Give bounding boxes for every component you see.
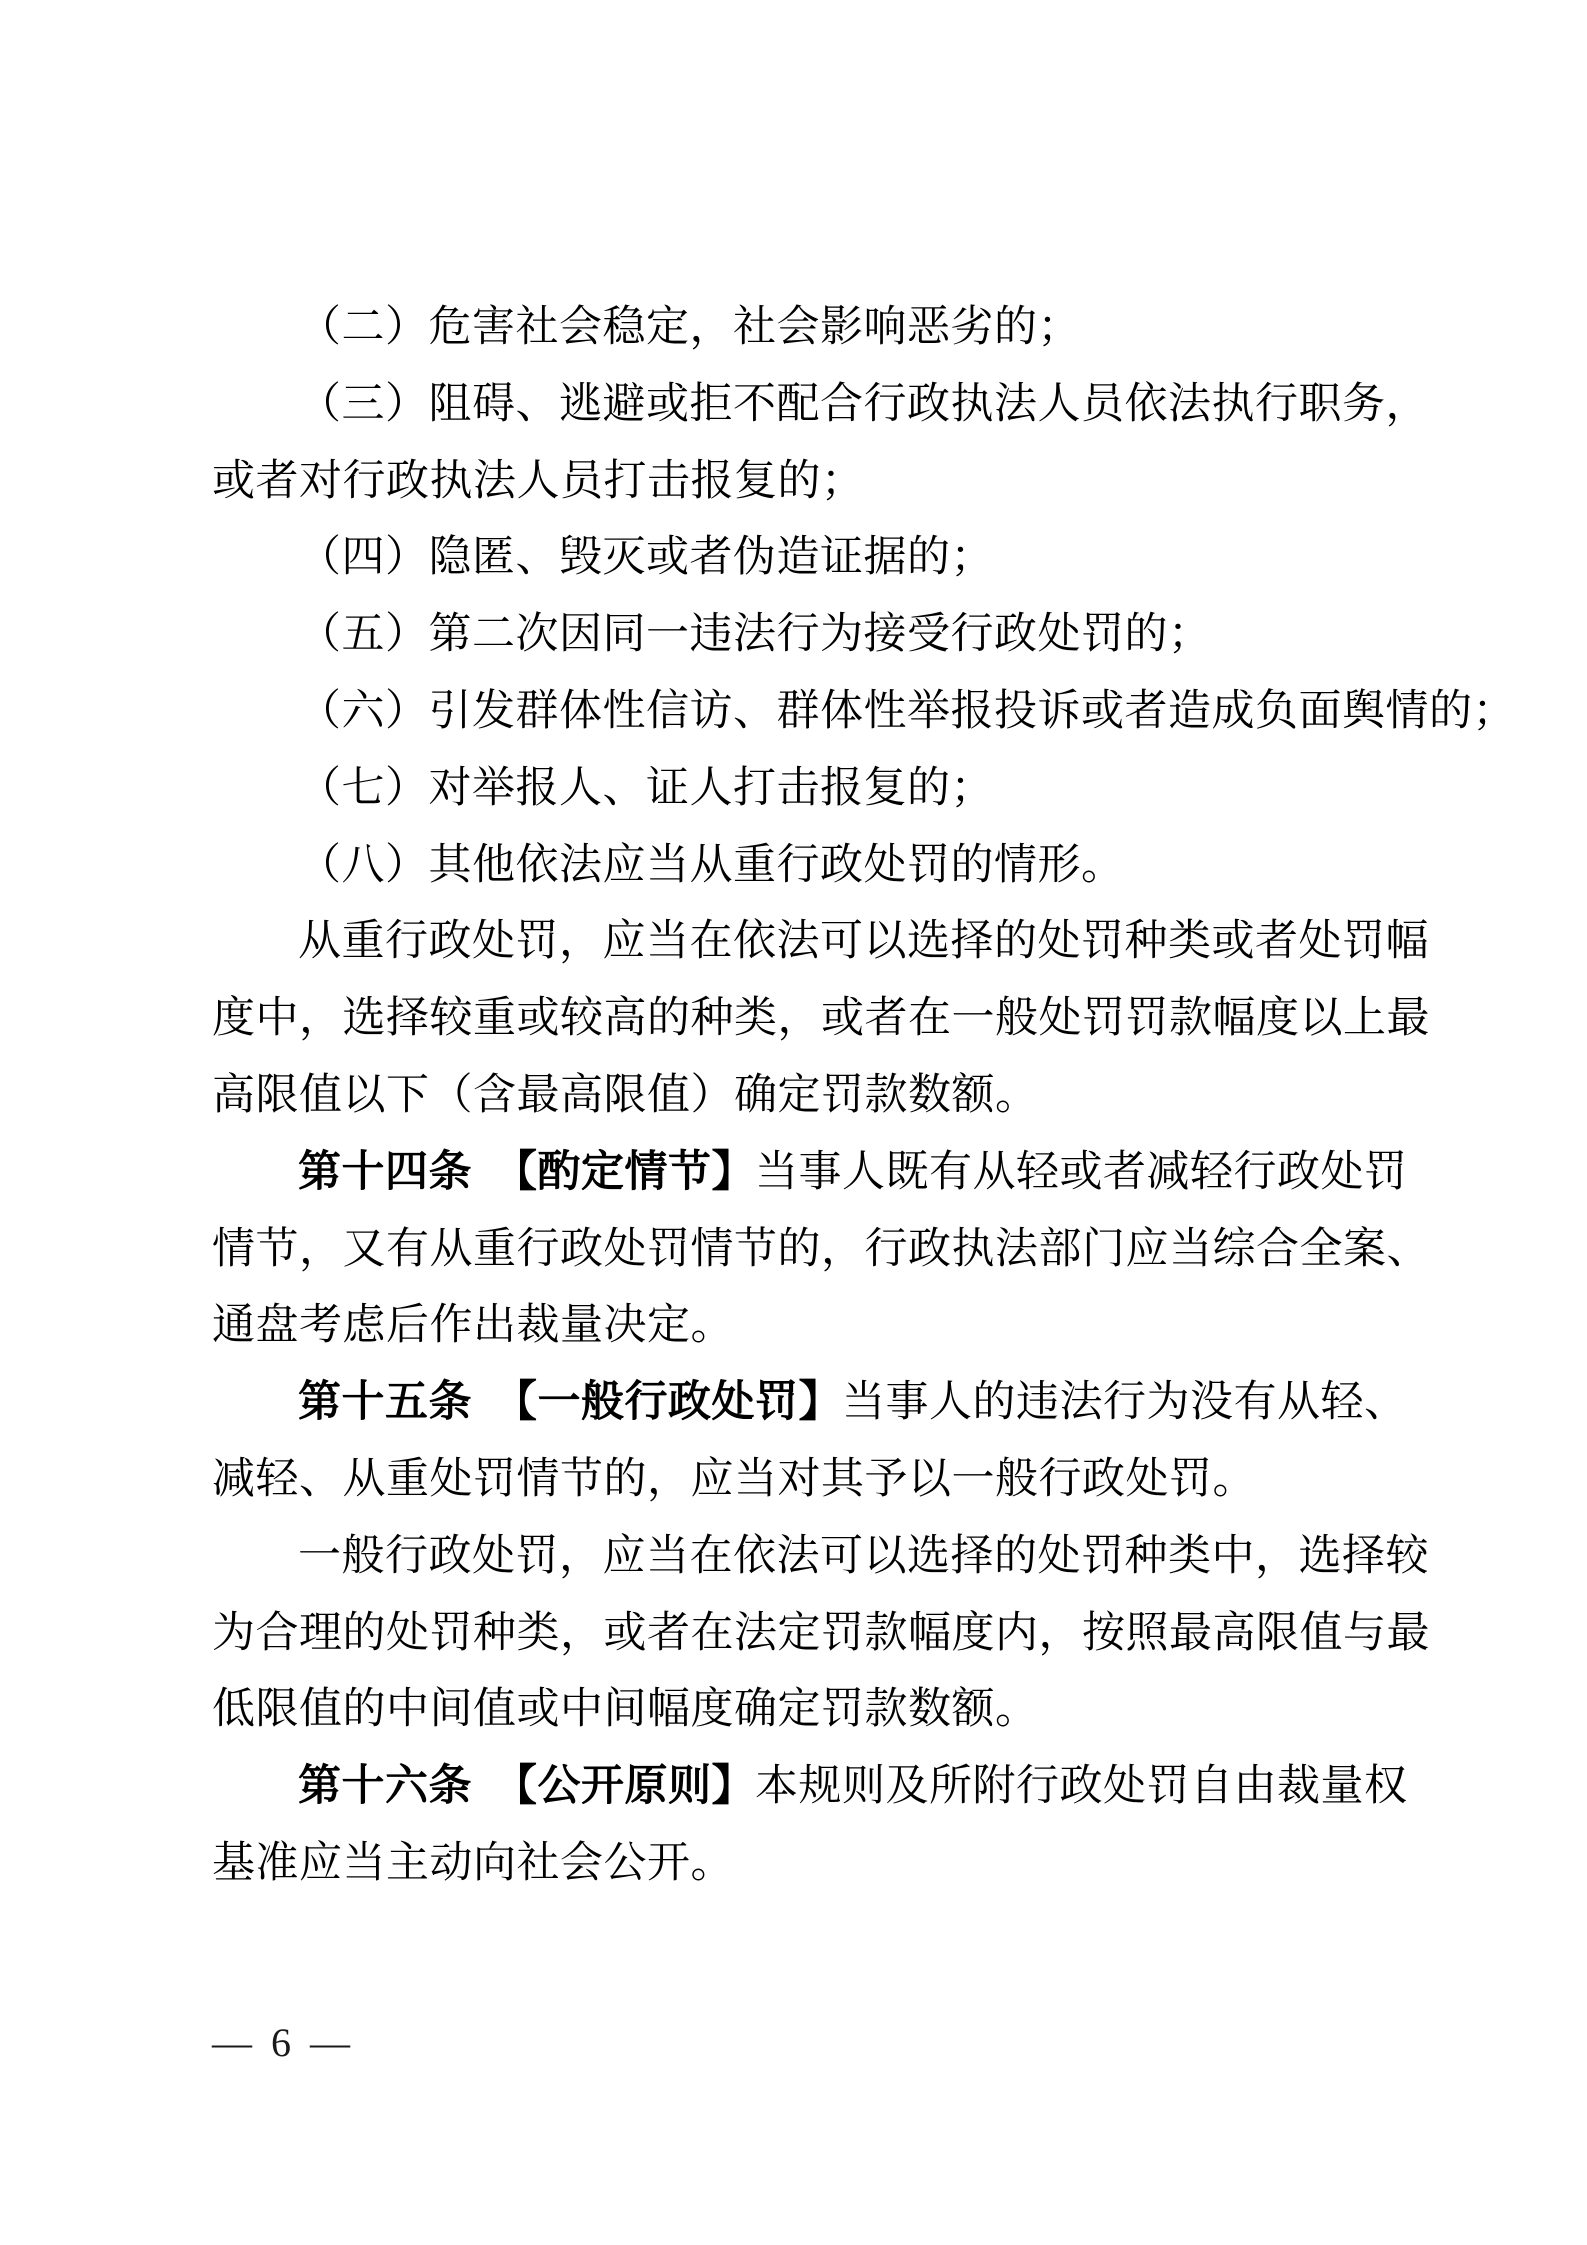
body-text-segment: 高限值以下（含最高限值）确定罚款数额。 [212,1072,1039,1119]
text-line: 基准应当主动向社会公开。 [212,1826,1552,1903]
text-line: 从重行政处罚，应当在依法可以选择的处罚种类或者处罚幅 [212,904,1552,981]
body-text-segment: （六）引发群体性信访、群体性举报投诉或者造成负面舆情的； [298,688,1516,735]
body-text-segment: 当事人的违法行为没有从轻、 [842,1379,1408,1426]
paragraph: 一般行政处罚，应当在依法可以选择的处罚种类中，选择较为合理的处罚种类，或者在法定… [212,1519,1552,1749]
text-line: 第十四条 【酌定情节】当事人既有从轻或者减轻行政处罚 [212,1135,1552,1212]
text-line: （二）危害社会稳定，社会影响恶劣的； [212,290,1552,367]
document-body: （二）危害社会稳定，社会影响恶劣的；（三）阻碍、逃避或拒不配合行政执法人员依法执… [212,290,1552,1903]
text-line: 情节，又有从重行政处罚情节的，行政执法部门应当综合全案、 [212,1212,1552,1289]
text-line: （七）对举报人、证人打击报复的； [212,751,1552,828]
text-line: 或者对行政执法人员打击报复的； [212,444,1552,521]
body-text-segment: 当事人既有从轻或者减轻行政处罚 [755,1149,1408,1196]
article-heading-text: 第十五条 【一般行政处罚】 [298,1379,842,1426]
paragraph: （五）第二次因同一违法行为接受行政处罚的； [212,597,1552,674]
article-heading-text: 第十六条 【公开原则】 [298,1763,755,1810]
paragraph: 第十五条 【一般行政处罚】当事人的违法行为没有从轻、减轻、从重处罚情节的，应当对… [212,1365,1552,1519]
body-text-segment: 度中，选择较重或较高的种类，或者在一般处罚罚款幅度以上最 [212,995,1430,1042]
paragraph: 第十六条 【公开原则】本规则及所附行政处罚自由裁量权基准应当主动向社会公开。 [212,1749,1552,1903]
text-line: 第十六条 【公开原则】本规则及所附行政处罚自由裁量权 [212,1749,1552,1826]
page-number-footer: — 6 — [212,2020,350,2066]
paragraph: （四）隐匿、毁灭或者伪造证据的； [212,520,1552,597]
body-text-segment: 为合理的处罚种类，或者在法定罚款幅度内，按照最高限值与最 [212,1610,1430,1657]
body-text-segment: 一般行政处罚，应当在依法可以选择的处罚种类中，选择较 [298,1533,1429,1580]
text-line: （三）阻碍、逃避或拒不配合行政执法人员依法执行职务， [212,367,1552,444]
body-text-segment: 通盘考虑后作出裁量决定。 [212,1302,734,1349]
body-text-segment: 基准应当主动向社会公开。 [212,1840,734,1887]
paragraph: （八）其他依法应当从重行政处罚的情形。 [212,828,1552,905]
text-line: 第十五条 【一般行政处罚】当事人的违法行为没有从轻、 [212,1365,1552,1442]
body-text-segment: 情节，又有从重行政处罚情节的，行政执法部门应当综合全案、 [212,1226,1430,1273]
body-text-segment: 或者对行政执法人员打击报复的； [212,458,865,505]
text-line: 为合理的处罚种类，或者在法定罚款幅度内，按照最高限值与最 [212,1596,1552,1673]
paragraph: （七）对举报人、证人打击报复的； [212,751,1552,828]
body-text-segment: （五）第二次因同一违法行为接受行政处罚的； [298,611,1212,658]
text-line: （五）第二次因同一违法行为接受行政处罚的； [212,597,1552,674]
text-line: 一般行政处罚，应当在依法可以选择的处罚种类中，选择较 [212,1519,1552,1596]
text-line: （六）引发群体性信访、群体性举报投诉或者造成负面舆情的； [212,674,1552,751]
body-text-segment: 低限值的中间值或中间幅度确定罚款数额。 [212,1686,1039,1733]
text-line: 通盘考虑后作出裁量决定。 [212,1288,1552,1365]
paragraph: （三）阻碍、逃避或拒不配合行政执法人员依法执行职务，或者对行政执法人员打击报复的… [212,367,1552,521]
body-text-segment: 本规则及所附行政处罚自由裁量权 [755,1763,1408,1810]
paragraph: （二）危害社会稳定，社会影响恶劣的； [212,290,1552,367]
paragraph: 第十四条 【酌定情节】当事人既有从轻或者减轻行政处罚情节，又有从重行政处罚情节的… [212,1135,1552,1365]
text-line: 减轻、从重处罚情节的，应当对其予以一般行政处罚。 [212,1442,1552,1519]
body-text-segment: （三）阻碍、逃避或拒不配合行政执法人员依法执行职务， [298,381,1429,428]
paragraph: （六）引发群体性信访、群体性举报投诉或者造成负面舆情的； [212,674,1552,751]
body-text-segment: 从重行政处罚，应当在依法可以选择的处罚种类或者处罚幅 [298,918,1429,965]
paragraph: 从重行政处罚，应当在依法可以选择的处罚种类或者处罚幅度中，选择较重或较高的种类，… [212,904,1552,1134]
document-page: （二）危害社会稳定，社会影响恶劣的；（三）阻碍、逃避或拒不配合行政执法人员依法执… [0,0,1587,2245]
body-text-segment: （四）隐匿、毁灭或者伪造证据的； [298,534,994,581]
body-text-segment: （七）对举报人、证人打击报复的； [298,765,994,812]
body-text-segment: 减轻、从重处罚情节的，应当对其予以一般行政处罚。 [212,1456,1256,1503]
text-line: 度中，选择较重或较高的种类，或者在一般处罚罚款幅度以上最 [212,981,1552,1058]
text-line: （四）隐匿、毁灭或者伪造证据的； [212,520,1552,597]
body-text-segment: （八）其他依法应当从重行政处罚的情形。 [298,842,1125,889]
text-line: （八）其他依法应当从重行政处罚的情形。 [212,828,1552,905]
text-line: 高限值以下（含最高限值）确定罚款数额。 [212,1058,1552,1135]
article-heading-text: 第十四条 【酌定情节】 [298,1149,755,1196]
text-line: 低限值的中间值或中间幅度确定罚款数额。 [212,1672,1552,1749]
body-text-segment: （二）危害社会稳定，社会影响恶劣的； [298,304,1081,351]
